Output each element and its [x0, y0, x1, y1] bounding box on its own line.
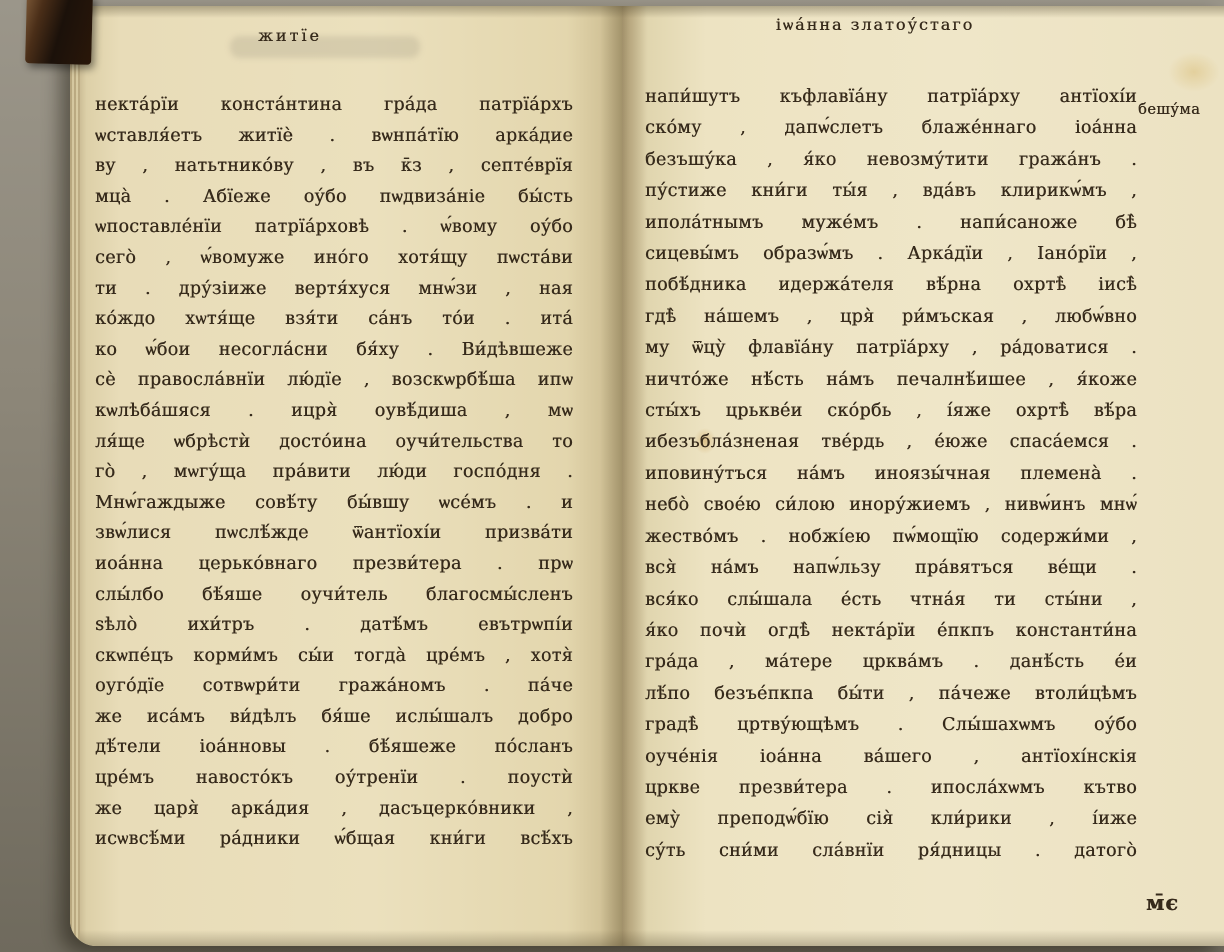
text-line: ти . дру́зіиже вертя́хуся мнѡ́зи , ная [95, 274, 573, 305]
text-line: ву , натьтнико́ву , въ к̄з , септе́врїя [95, 151, 573, 182]
text-line: звѡ́лися пѡслѣ́жде ѿантїохі́и призва́ти [95, 518, 573, 549]
text-line: градѣ̀ цртву́ющѣмъ . Слы́шахѡмъ оу́бо [645, 710, 1137, 741]
text-line: лѣ́по безъе́пкпа бы́ти , па́чеже втоли́ц… [645, 679, 1137, 710]
text-line: я́ко почѝ огдѣ̀ некта́рїи е́пкпъ констан… [645, 616, 1137, 647]
text-line: ля́ще ѡбрѣстѝ досто́ина оучи́тельства то [95, 427, 573, 458]
text-line: же иса́мъ ви́дѣлъ бя́ше ислы́шалъ добро [95, 702, 573, 733]
text-line: кѡлѣба́шяся . ицря̀ оувѣ́диша , мѡ [95, 396, 573, 427]
text-line: оуго́дїе сотвѡри́ти гража́номъ . па́че [95, 671, 573, 702]
right-page-text: напи́шутъ къфлавїа́ну патрїа́рху антїохі… [645, 82, 1137, 867]
left-page-text: некта́рїи конста́нтина гра́да патрїа́рхъ… [95, 90, 573, 855]
text-line: му ѿцу̀ флавїа́ну патрїа́рху , ра́довати… [645, 333, 1137, 364]
text-line: гдѣ̀ на́шемъ , цря̀ ри́мъская , любѡ́вно [645, 302, 1137, 333]
text-line: сѐ правосла́внїи лю́дїе , возскѡрбѣ́ша и… [95, 365, 573, 396]
text-line: сты́хъ црькве́и ско́рбь , і́яже охртѣ̀ в… [645, 396, 1137, 427]
text-line: ко ѡ́бои несогла́сни бя́ху . Ви́дѣвшеже [95, 335, 573, 366]
text-line: ничто́же нѣ́сть на́мъ печалнѣ́ишее , я́к… [645, 365, 1137, 396]
text-line: ипола́тнымъ муже́мъ . напи́саноже бѣ̀ [645, 208, 1137, 239]
text-line: скѡпе́цъ корми́мъ сы́и тогда̀ цре́мъ , х… [95, 641, 573, 672]
text-line: пу́стиже кни́ги ты́я , вда́въ клирикѡ́мъ… [645, 176, 1137, 207]
gutter-shadow [600, 6, 648, 946]
paper-stain [1168, 52, 1220, 92]
folio-signature: м̄є [1146, 890, 1179, 915]
text-line: Мнѡ́гаждыже совѣ́ту бы́вшу ѡсе́мъ . и [95, 488, 573, 519]
text-line: сего̀ , ѡ́вомуже ино́го хотя́щу пѡста́ви [95, 243, 573, 274]
text-line: дѣ́тели іоа́нновы . бѣ́яшеже по́сланъ [95, 732, 573, 763]
text-line: небо̀ свое́ю си́лою инору́жиемъ , нивѡ́и… [645, 490, 1137, 521]
text-line: ско́му , дапѡ́слетъ блаже́ннаго іоа́нна [645, 113, 1137, 144]
text-line: гра́да , ма́тере црква́мъ . данѣ́сть е́и [645, 647, 1137, 678]
text-line: оуче́нія іоа́нна ва́шего , антїохі́нскія [645, 742, 1137, 773]
text-line: цркве презви́тера . ипосла́хѡмъ кътво [645, 773, 1137, 804]
wooden-clasp [25, 0, 93, 65]
text-line: сицевы́мъ образѡ́мъ . Арка́дїи , Іано́рї… [645, 239, 1137, 270]
margin-note: бешу́ма [1138, 102, 1224, 118]
text-line: напи́шутъ къфлавїа́ну патрїа́рху антїохі… [645, 82, 1137, 113]
right-running-title: іѡа́нна златоу́стаго [640, 15, 1110, 35]
bottom-edge-shadow [70, 930, 1224, 946]
text-line: ко́ждо хѡтя́ще взя́ти са́нъ то́и . ита́ [95, 304, 573, 335]
photo-background: житїе іѡа́нна златоу́стаго некта́рїи кон… [0, 0, 1224, 952]
text-line: исѡвсѣ́ми ра́дники ѡ́бщая кни́ги всѣ́хъ [95, 824, 573, 855]
text-line: ибезъбла́зненая тве́рдь , е́юже спаса́ем… [645, 427, 1137, 458]
text-line: иповину́тъся на́мъ иноязы́чная племена̀ … [645, 459, 1137, 490]
text-line: же царя̀ арка́дия , дасъцерко́вники , [95, 794, 573, 825]
text-line: го̀ , мѡгу́ща пра́вити лю́ди госпо́дня . [95, 457, 573, 488]
text-line: слы́лбо бѣ́яше оучи́тель благосмы́сленъ [95, 580, 573, 611]
text-line: побѣ́дника идержа́теля вѣ́рна охртѣ̀ іис… [645, 270, 1137, 301]
text-line: ему̀ преподѡ́бїю сія̀ кли́рики , і́иже [645, 804, 1137, 835]
text-line: ѡпоставле́нїи патрїа́рховѣ . ѡ́вому оу́б… [95, 212, 573, 243]
text-line: иоа́нна церько́внаго презви́тера . прѡ [95, 549, 573, 580]
text-line: мца̀ . Абїеже оу́бо пѡдвиза́ніе бы́сть [95, 182, 573, 213]
text-line: безъшу́ка , я́ко невозму́тити гража́нъ . [645, 145, 1137, 176]
text-line: вся́ко слы́шала е́сть чтна́я ти сты́ни , [645, 585, 1137, 616]
text-line: некта́рїи конста́нтина гра́да патрїа́рхъ [95, 90, 573, 121]
text-line: ѡставля́етъ житїѐ . вѡнпа́тїю арка́дие [95, 121, 573, 152]
text-line: су́ть сни́ми сла́внїи ря́дницы . датого̀ [645, 836, 1137, 867]
text-line: цре́мъ навосто́къ оу́тренїи . поустѝ [95, 763, 573, 794]
text-line: ѕѣло̀ ихи́тръ . датѣ́мъ евътрѡпі́и [95, 610, 573, 641]
left-running-title: житїе [205, 26, 375, 45]
text-line: жество́мъ . нобжі́ею пѡ́мощїю содержи́ми… [645, 522, 1137, 553]
text-line: вся̀ на́мъ напѡ́льзу пра́вятъся ве́щи . [645, 553, 1137, 584]
